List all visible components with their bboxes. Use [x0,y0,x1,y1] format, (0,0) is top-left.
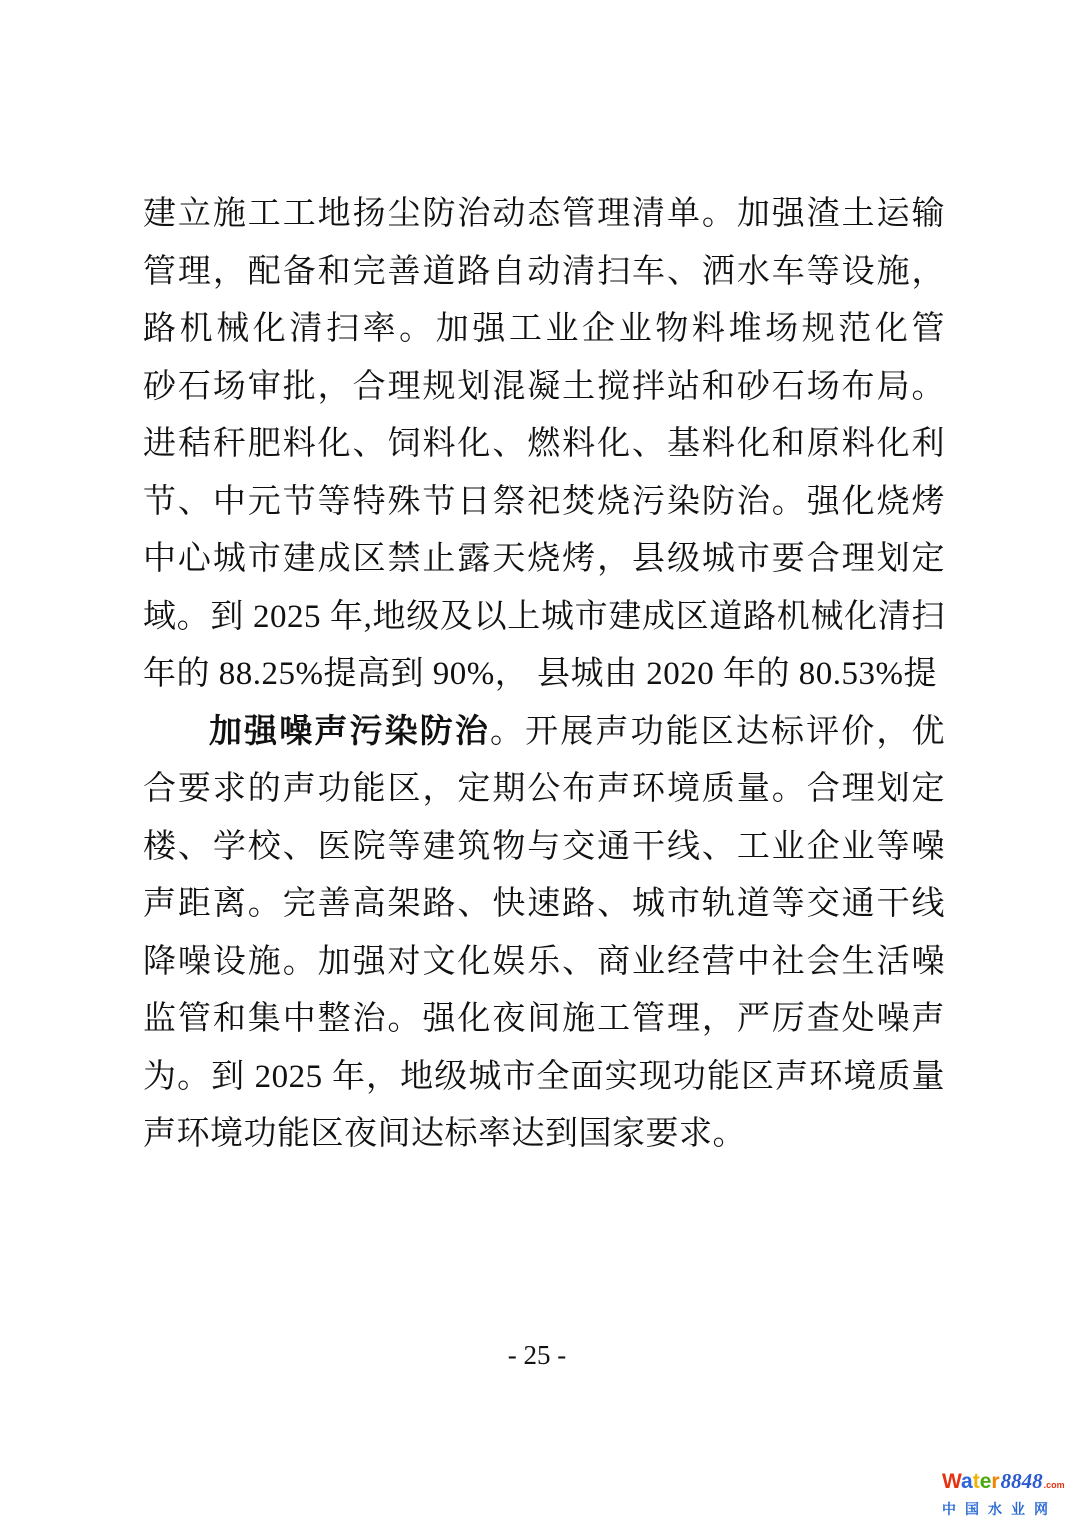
logo-letter: a [961,1470,973,1493]
logo-water-wordmark: Water [942,1470,1000,1493]
page-number: - 25 - [0,1338,1074,1372]
water8848-logo: Water 8848 .com 中国水业网 [942,1470,1070,1519]
text-line: 合要求的声功能区，定期公布声环境质量。合理划定社区、办公 [143,761,945,819]
text-line: 路机械化清扫率。加强工业企业物料堆场规范化管理。严格新建 [143,301,945,359]
logo-8848-number: 8848 [1001,1470,1043,1493]
logo-letter: r [991,1470,999,1493]
text-line: 声距离。完善高架路、快速路、城市轨道等交通干线隔声屏障等 [143,876,945,934]
logo-chinese-subtitle: 中国水业网 [942,1499,1070,1519]
logo-com-suffix: .com [1044,1474,1065,1497]
logo-letter: e [980,1470,992,1493]
text-line: 中心城市建成区禁止露天烧烤，县级城市要合理划定露天烧烤区 [143,531,945,589]
text-line: 进秸秆肥料化、饲料化、燃料化、基料化和原料化利用。加强春 [143,416,945,474]
text-line: 监管和集中整治。强化夜间施工管理，严厉查处噪声超标扰民行 [143,991,945,1049]
document-page: 建立施工工地扬尘防治动态管理清单。加强渣土运输车辆规范化管理，配备和完善道路自动… [0,0,1074,1520]
text-line: 为。到 2025 年，地级城市全面实现功能区声环境质量自动监测， [143,1049,945,1107]
text-line: 域。到 2025 年,地级及以上城市建成区道路机械化清扫率由 2020 [143,589,945,647]
text-line: 加强噪声污染防治。开展声功能区达标评价，优化调整不符 [143,704,945,762]
text-line: 建立施工工地扬尘防治动态管理清单。加强渣土运输车辆规范化 [143,186,945,244]
text-line: 砂石场审批，合理规划混凝土搅拌站和砂石场布局。因地制宜推 [143,359,945,417]
text-line: 声环境功能区夜间达标率达到国家要求。 [143,1106,945,1164]
logo-letter: W [942,1470,961,1493]
logo-brand-row: Water 8848 .com [942,1470,1070,1497]
text-line: 楼、学校、医院等建筑物与交通干线、工业企业等噪声源的防噪 [143,819,945,877]
text-line: 降噪设施。加强对文化娱乐、商业经营中社会生活噪声热点问题 [143,934,945,992]
text-line: 管理，配备和完善道路自动清扫车、洒水车等设施，提高城市道 [143,244,945,302]
body-text: 建立施工工地扬尘防治动态管理清单。加强渣土运输车辆规范化管理，配备和完善道路自动… [143,186,945,1164]
text-line: 节、中元节等特殊节日祭祀焚烧污染防治。强化烧烤污染防治， [143,474,945,532]
logo-letter: t [973,1470,980,1493]
text-line: 年的 88.25%提高到 90%， 县城由 2020 年的 80.53%提高到 … [143,646,945,704]
